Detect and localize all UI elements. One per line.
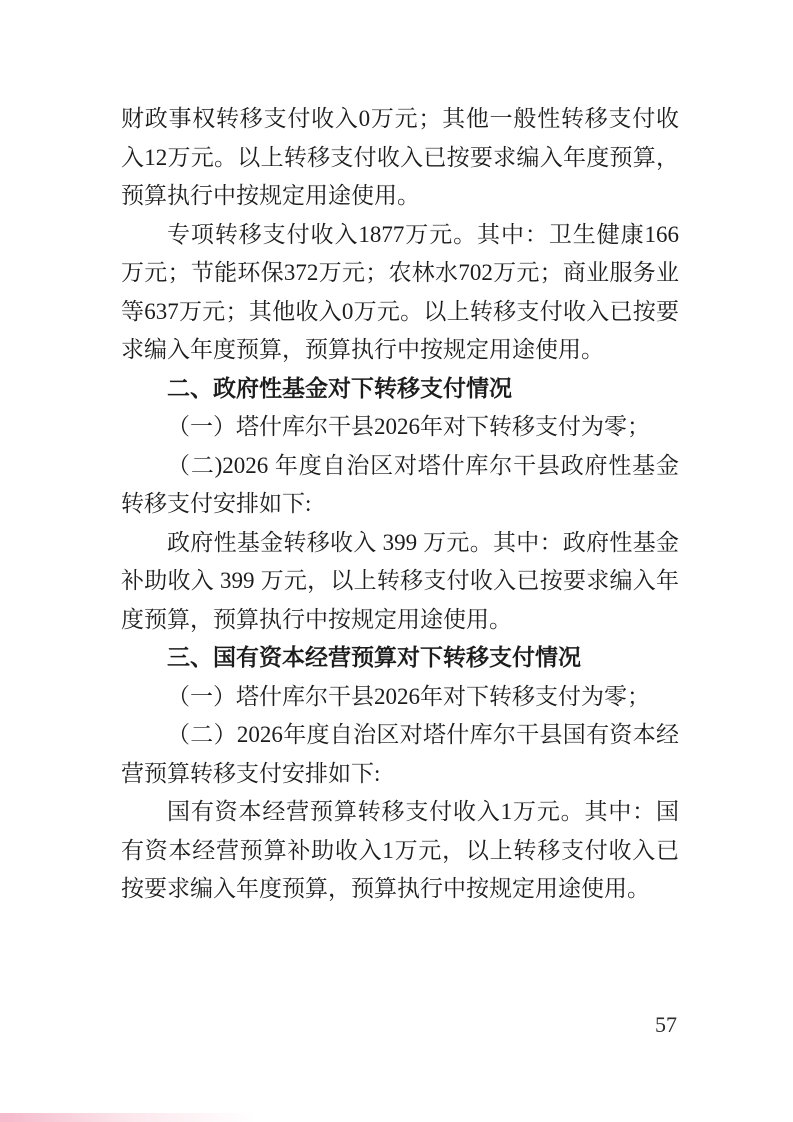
paragraph: （二）2026年度自治区对塔什库尔干县国有资本经营预算转移支付安排如下: [121, 716, 679, 793]
paragraph: （一）塔什库尔干县2026年对下转移支付为零； [121, 678, 679, 717]
paragraph: （二)2026 年度自治区对塔什库尔干县政府性基金转移支付安排如下: [121, 447, 679, 524]
section-heading: 三、国有资本经营预算对下转移支付情况 [121, 639, 679, 678]
document-page: 财政事权转移支付收入0万元；其他一般性转移支付收入12万元。以上转移支付收入已按… [0, 0, 793, 1122]
section-heading: 二、政府性基金对下转移支付情况 [121, 370, 679, 409]
page-body: 财政事权转移支付收入0万元；其他一般性转移支付收入12万元。以上转移支付收入已按… [121, 100, 679, 909]
paragraph: 国有资本经营预算转移支付收入1万元。其中：国有资本经营预算补助收入1万元，以上转… [121, 793, 679, 909]
page-number: 57 [646, 1012, 686, 1038]
paragraph: 政府性基金转移收入 399 万元。其中：政府性基金补助收入 399 万元，以上转… [121, 524, 679, 640]
scan-edge-artifact [0, 1113, 300, 1122]
paragraph: 财政事权转移支付收入0万元；其他一般性转移支付收入12万元。以上转移支付收入已按… [121, 100, 679, 216]
paragraph: （一）塔什库尔干县2026年对下转移支付为零； [121, 408, 679, 447]
paragraph: 专项转移支付收入1877万元。其中：卫生健康166万元；节能环保372万元；农林… [121, 216, 679, 370]
